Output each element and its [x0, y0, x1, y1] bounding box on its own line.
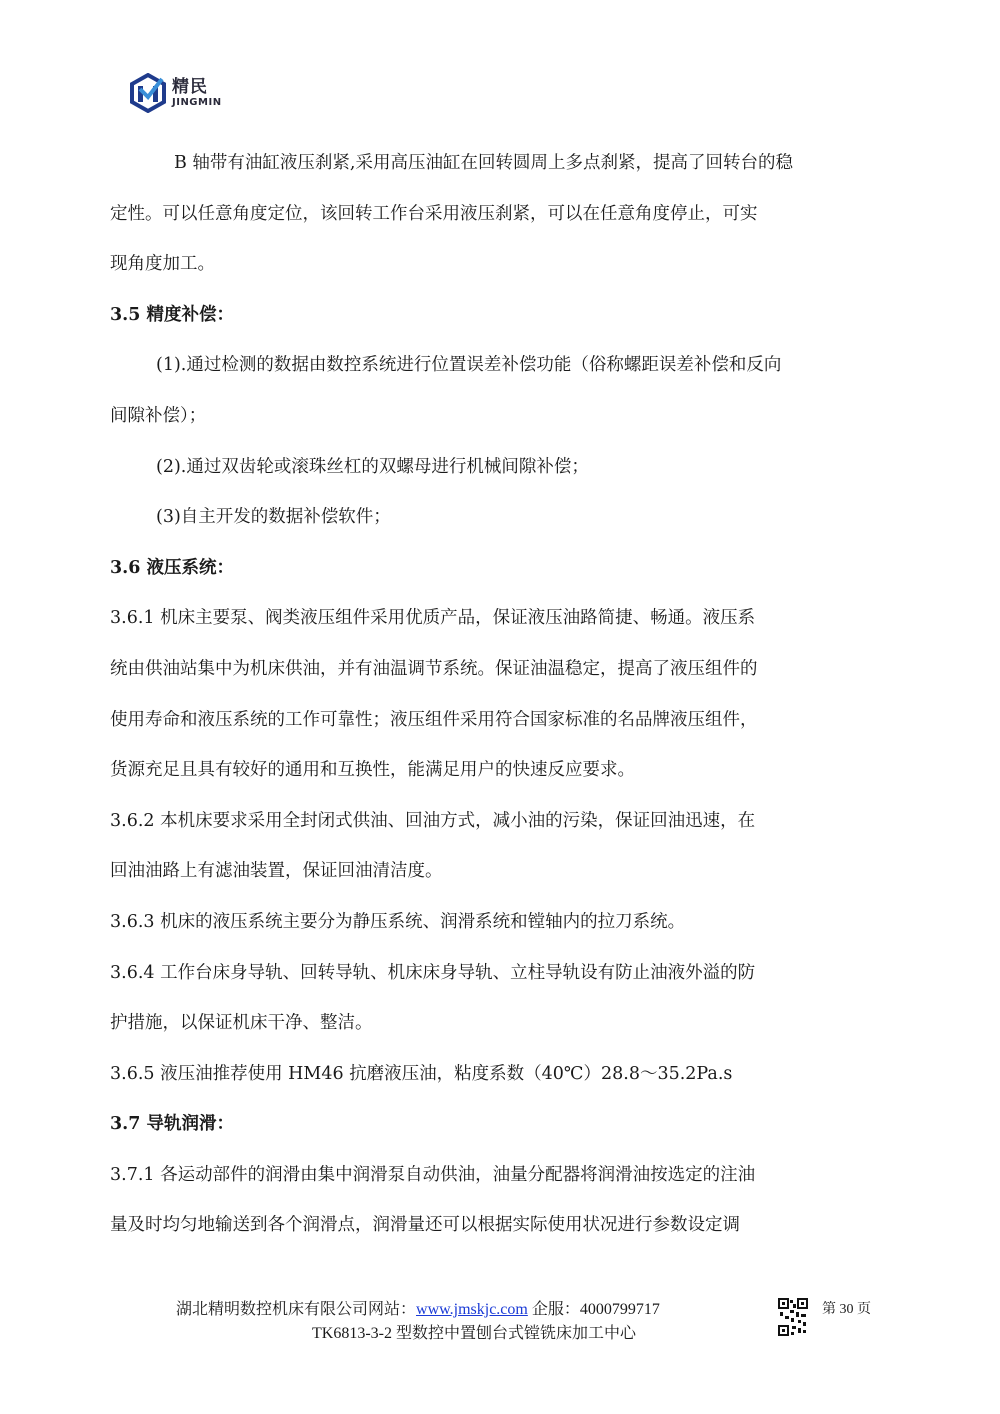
company-logo: 精民 JINGMIN	[128, 72, 222, 114]
paragraph-line: 统由供油站集中为机床供油，并有油温调节系统。保证油温稳定，提高了液压组件的	[110, 644, 884, 695]
jingmin-logo-icon	[128, 73, 168, 113]
paragraph-line: 3.7.1 各运动部件的润滑由集中润滑泵自动供油，油量分配器将润滑油按选定的注油	[110, 1150, 884, 1201]
footer-company-prefix: 湖北精明数控机床有限公司网站：	[176, 1301, 416, 1318]
document-body: B 轴带有油缸液压刹紧,采用高压油缸在回转圆周上多点刹紧，提高了回转台的稳 定性…	[110, 138, 884, 1251]
list-item-line: 间隙补偿）；	[110, 391, 884, 442]
paragraph-line: 护措施，以保证机床干净、整洁。	[110, 998, 884, 1049]
footer-product-line: TK6813-3-2 型数控中置刨台式镗铣床加工中心	[312, 1320, 636, 1343]
website-link[interactable]: www.jmskjc.com	[416, 1301, 528, 1318]
logo-name-en: JINGMIN	[172, 98, 222, 108]
page-number: 第 30 页	[822, 1298, 871, 1318]
paragraph-line: 3.6.5 液压油推荐使用 HM46 抗磨液压油，粘度系数（40℃）28.8～3…	[110, 1049, 884, 1100]
paragraph-line: 3.6.3 机床的液压系统主要分为静压系统、润滑系统和镗轴内的拉刀系统。	[110, 897, 884, 948]
paragraph-line: 量及时均匀地输送到各个润滑点，润滑量还可以根据实际使用状况进行参数设定调	[110, 1200, 884, 1251]
section-heading-3-6: 3.6 液压系统：	[110, 543, 884, 594]
footer-company-line: 湖北精明数控机床有限公司网站：www.jmskjc.com 企服：4000799…	[176, 1296, 660, 1319]
section-heading-3-5: 3.5 精度补偿：	[110, 290, 884, 341]
qr-code-icon	[778, 1298, 808, 1336]
paragraph-line: 3.6.1 机床主要泵、阀类液压组件采用优质产品，保证液压油路简捷、畅通。液压系	[110, 593, 884, 644]
paragraph-line: 3.6.2 本机床要求采用全封闭式供油、回油方式，减小油的污染，保证回油迅速，在	[110, 796, 884, 847]
list-item-line: (1).通过检测的数据由数控系统进行位置误差补偿功能（俗称螺距误差补偿和反向	[110, 340, 884, 391]
logo-name-cn: 精民	[172, 79, 222, 96]
intro-paragraph-line: 定性。可以任意角度定位，该回转工作台采用液压刹紧，可以在任意角度停止，可实	[110, 189, 884, 240]
paragraph-line: 3.6.4 工作台床身导轨、回转导轨、机床床身导轨、立柱导轨设有防止油液外溢的防	[110, 948, 884, 999]
list-item-line: (3)自主开发的数据补偿软件；	[110, 492, 884, 543]
intro-paragraph-line: B 轴带有油缸液压刹紧,采用高压油缸在回转圆周上多点刹紧，提高了回转台的稳	[110, 138, 884, 189]
list-item-line: (2).通过双齿轮或滚珠丝杠的双螺母进行机械间隙补偿；	[110, 442, 884, 493]
section-heading-3-7: 3.7 导轨润滑：	[110, 1099, 884, 1150]
intro-paragraph-line: 现角度加工。	[110, 239, 884, 290]
footer-service-hotline: 企服：4000799717	[528, 1301, 660, 1318]
paragraph-line: 货源充足且具有较好的通用和互换性，能满足用户的快速反应要求。	[110, 745, 884, 796]
paragraph-line: 回油油路上有滤油装置，保证回油清洁度。	[110, 846, 884, 897]
paragraph-line: 使用寿命和液压系统的工作可靠性；液压组件采用符合国家标准的名品牌液压组件，	[110, 695, 884, 746]
